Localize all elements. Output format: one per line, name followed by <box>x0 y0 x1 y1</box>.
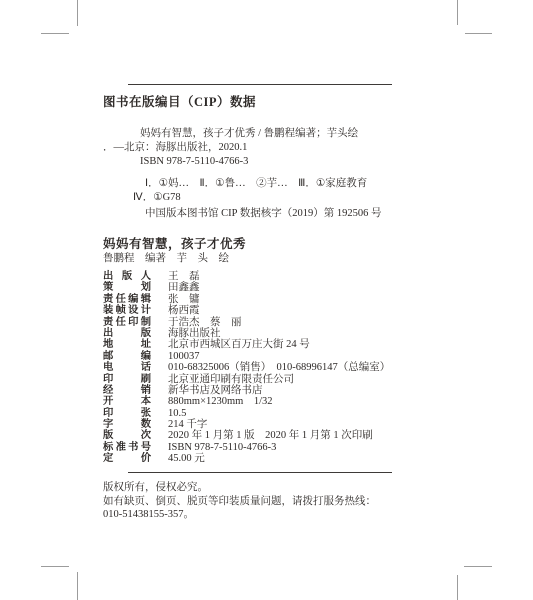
colophon-value: 于浩杰 蔡 丽 <box>168 317 242 328</box>
crop-mark-top-left-vertical <box>77 0 78 26</box>
colophon-value: 海豚出版社 <box>168 328 221 339</box>
rights-notice-line: 010-51438155-357。 <box>103 508 376 522</box>
colophon-label: 印刷 <box>103 374 151 385</box>
colophon-label: 电话 <box>103 362 151 373</box>
colophon-label: 经销 <box>103 385 151 396</box>
colophon-row: 定价45.00 元 <box>103 453 390 464</box>
colophon-row: 标准书号ISBN 978-7-5110-4766-3 <box>103 442 390 453</box>
crop-mark-top-left-horizontal <box>41 33 69 34</box>
colophon-label: 邮编 <box>103 351 151 362</box>
cip-classification-line: Ⅰ．①妈… Ⅱ．①鲁… ②芋… Ⅲ．①家庭教育 <box>103 177 367 191</box>
colophon-label: 印张 <box>103 408 151 419</box>
colophon-label: 版次 <box>103 430 151 441</box>
colophon-row: 经销新华书店及网络书店 <box>103 385 390 396</box>
colophon-row: 字数214 千字 <box>103 419 390 430</box>
colophon-value: 214 千字 <box>168 419 207 430</box>
colophon-row: 出版人王 磊 <box>103 271 390 282</box>
colophon-value: 北京市西城区百万庄大街 24 号 <box>168 339 310 350</box>
colophon-value: ISBN 978-7-5110-4766-3 <box>168 442 276 453</box>
colophon-value: 010-68325006（销售） 010-68996147（总编室） <box>168 362 390 373</box>
colophon-label: 地址 <box>103 339 151 350</box>
colophon-row: 出版海豚出版社 <box>103 328 390 339</box>
colophon-row: 版次2020 年 1 月第 1 版 2020 年 1 月第 1 次印刷 <box>103 430 390 441</box>
colophon-value: 杨西霞 <box>168 305 200 316</box>
colophon-label: 出版人 <box>103 271 151 282</box>
colophon-row: 印刷北京亚通印刷有限责任公司 <box>103 374 390 385</box>
crop-mark-bottom-right-vertical <box>457 575 458 600</box>
crop-mark-top-right-vertical <box>457 0 458 25</box>
cip-entry-line: ．—北京：海豚出版社，2020.1 <box>103 141 358 155</box>
cip-record-line: 中国版本图书馆 CIP 数据核字（2019）第 192506 号 <box>145 205 381 220</box>
rights-notice-line: 版权所有，侵权必究。 <box>103 481 376 495</box>
colophon-row: 责任编辑张 镛 <box>103 294 390 305</box>
colophon-label: 装帧设计 <box>103 305 151 316</box>
colophon-label: 标准书号 <box>103 442 151 453</box>
crop-mark-bottom-left-horizontal <box>41 566 69 567</box>
cip-entry-block: 妈妈有智慧，孩子才优秀 / 鲁鹏程编著；芋头绘 ．—北京：海豚出版社，2020.… <box>103 127 358 169</box>
colophon-value: 100037 <box>168 351 200 362</box>
colophon-row: 责任印制于浩杰 蔡 丽 <box>103 317 390 328</box>
crop-mark-bottom-left-vertical <box>77 572 78 600</box>
colophon-value: 王 磊 <box>168 271 200 282</box>
colophon-value: 张 镛 <box>168 294 200 305</box>
rights-notice-line: 如有缺页、倒页、脱页等印装质量问题，请拨打服务热线： <box>103 495 376 509</box>
colophon-label: 出版 <box>103 328 151 339</box>
colophon-row: 邮编100037 <box>103 351 390 362</box>
colophon-value: 田鑫鑫 <box>168 282 200 293</box>
colophon-label: 开本 <box>103 396 151 407</box>
cip-entry-line: ISBN 978-7-5110-4766-3 <box>103 155 358 169</box>
cip-entry-line: 妈妈有智慧，孩子才优秀 / 鲁鹏程编著；芋头绘 <box>103 127 358 141</box>
colophon-value: 45.00 元 <box>168 453 205 464</box>
book-byline: 鲁鹏程 编著 芋 头 绘 <box>103 250 229 265</box>
colophon-value: 新华书店及网络书店 <box>168 385 263 396</box>
cip-header: 图书在版编目（CIP）数据 <box>103 92 256 110</box>
colophon-row: 装帧设计杨西霞 <box>103 305 390 316</box>
colophon-label: 责任印制 <box>103 317 151 328</box>
colophon-label: 定价 <box>103 453 151 464</box>
top-rule <box>128 84 392 85</box>
colophon-row: 开本880mm×1230mm 1/32 <box>103 396 390 407</box>
copyright-page: 图书在版编目（CIP）数据 妈妈有智慧，孩子才优秀 / 鲁鹏程编著；芋头绘 ．—… <box>0 0 533 600</box>
colophon-row: 电话010-68325006（销售） 010-68996147（总编室） <box>103 362 390 373</box>
cip-classification-block: Ⅰ．①妈… Ⅱ．①鲁… ②芋… Ⅲ．①家庭教育 Ⅳ．①G78 <box>103 177 367 205</box>
colophon-label: 字数 <box>103 419 151 430</box>
colophon-label: 责任编辑 <box>103 294 151 305</box>
colophon-row: 地址北京市西城区百万庄大街 24 号 <box>103 339 390 350</box>
crop-mark-bottom-right-horizontal <box>464 566 492 567</box>
colophon-value: 880mm×1230mm 1/32 <box>168 396 273 407</box>
rights-notice: 版权所有，侵权必究。 如有缺页、倒页、脱页等印装质量问题，请拨打服务热线： 01… <box>103 481 376 522</box>
colophon-row: 印张10.5 <box>103 408 390 419</box>
colophon-value: 2020 年 1 月第 1 版 2020 年 1 月第 1 次印刷 <box>168 430 373 441</box>
colophon-label: 策划 <box>103 282 151 293</box>
colophon: 出版人王 磊 策划田鑫鑫 责任编辑张 镛 装帧设计杨西霞 责任印制于浩杰 蔡 丽… <box>103 271 390 465</box>
colophon-row: 策划田鑫鑫 <box>103 282 390 293</box>
colophon-value: 10.5 <box>168 408 186 419</box>
crop-mark-top-right-horizontal <box>465 33 492 34</box>
cip-classification-line: Ⅳ．①G78 <box>103 191 367 205</box>
bottom-rule <box>128 472 392 473</box>
colophon-value: 北京亚通印刷有限责任公司 <box>168 374 294 385</box>
